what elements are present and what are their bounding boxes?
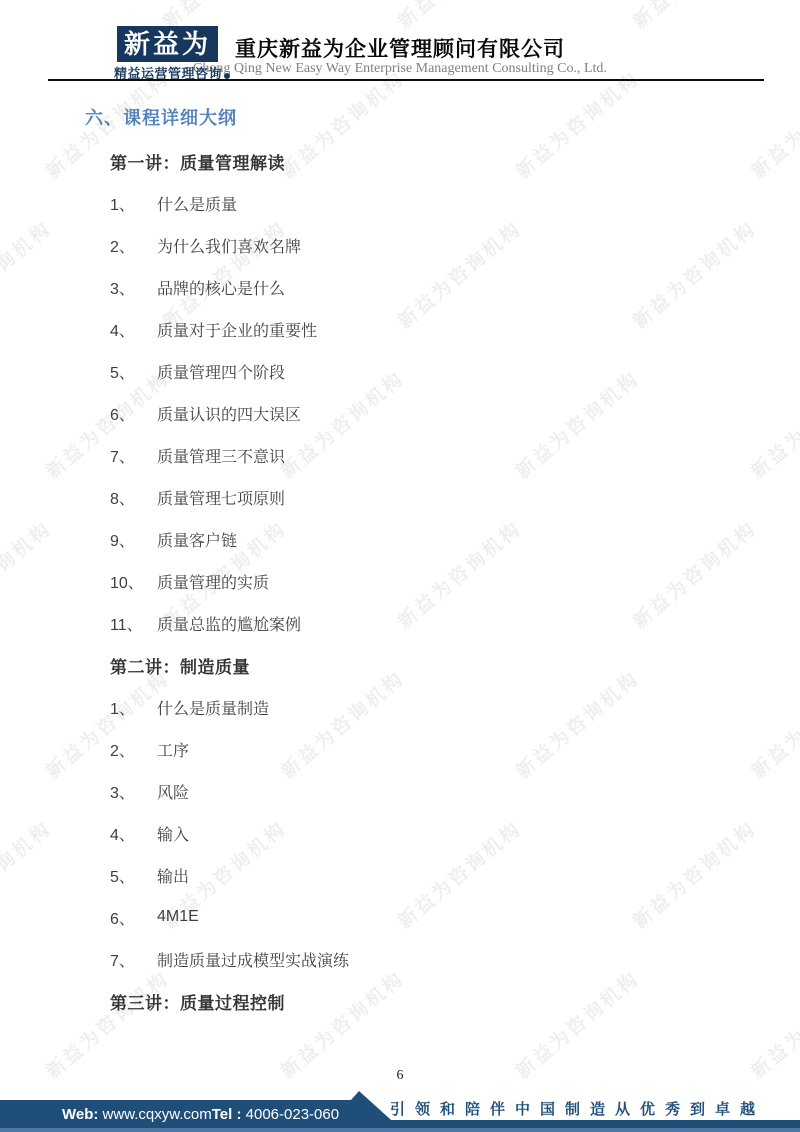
outline-item: 7、质量管理三不意识 xyxy=(110,434,760,476)
outline-item-text: 为什么我们喜欢名牌 xyxy=(157,234,301,257)
outline-item-number: 6、 xyxy=(110,906,157,929)
tel-label: Tel : xyxy=(212,1106,246,1123)
outline-item: 8、质量管理七项原则 xyxy=(110,476,760,518)
outline-item-number: 11、 xyxy=(110,612,157,635)
footer-bottom-strip xyxy=(0,1128,800,1132)
company-logo: 新益为 xyxy=(117,26,218,62)
outline-item-number: 8、 xyxy=(110,486,157,509)
watermark-text: 新益为咨询机构 xyxy=(0,814,57,934)
outline-item-number: 3、 xyxy=(110,276,157,299)
outline-item: 5、输出 xyxy=(110,854,760,896)
outline-item-number: 2、 xyxy=(110,234,157,257)
outline-item-text: 质量客户链 xyxy=(157,528,237,551)
outline-item: 2、工序 xyxy=(110,728,760,770)
outline-item: 1、什么是质量 xyxy=(110,182,760,224)
course-outline: 第一讲：质量管理解读1、什么是质量2、为什么我们喜欢名牌3、品牌的核心是什么4、… xyxy=(110,140,760,1022)
outline-item-text: 质量总监的尴尬案例 xyxy=(157,612,301,635)
outline-item-text: 风险 xyxy=(157,780,189,803)
web-url: www.cqxyw.com xyxy=(98,1106,211,1123)
page-number: 6 xyxy=(0,1068,800,1084)
watermark-text: 新益为咨询机构 xyxy=(0,214,57,334)
footer-slogan: 引领和陪伴中国制造从优秀到卓越 xyxy=(390,1098,765,1119)
logo-text: 新益为 xyxy=(124,29,211,59)
outline-item-text: 输出 xyxy=(157,864,189,887)
outline-item-number: 6、 xyxy=(110,402,157,425)
outline-item: 3、风险 xyxy=(110,770,760,812)
header-divider xyxy=(48,79,764,81)
outline-item: 4、输入 xyxy=(110,812,760,854)
watermark-text: 新益为咨询机构 xyxy=(391,0,526,34)
outline-item-text: 质量管理四个阶段 xyxy=(157,360,285,383)
outline-item-text: 品牌的核心是什么 xyxy=(157,276,285,299)
outline-item-text: 制造质量过成模型实战演练 xyxy=(157,948,349,971)
outline-item-number: 1、 xyxy=(110,192,157,215)
watermark-text: 新益为咨询机构 xyxy=(0,514,57,634)
footer-right-strip xyxy=(390,1120,800,1128)
outline-item-text: 质量认识的四大误区 xyxy=(157,402,301,425)
outline-item: 3、品牌的核心是什么 xyxy=(110,266,760,308)
web-label: Web: xyxy=(62,1106,98,1123)
watermark-text: 新益为咨询机构 xyxy=(626,0,761,34)
outline-item-number: 4、 xyxy=(110,822,157,845)
outline-item-number: 2、 xyxy=(110,738,157,761)
footer-contact-bar: Web: www.cqxyw.comTel : 4006-023-060 xyxy=(0,1091,400,1128)
outline-item-text: 什么是质量 xyxy=(157,192,237,215)
footer-contact-text: Web: www.cqxyw.comTel : 4006-023-060 xyxy=(62,1106,339,1123)
outline-item: 7、制造质量过成模型实战演练 xyxy=(110,938,760,980)
outline-section-heading: 第三讲：质量过程控制 xyxy=(110,980,760,1022)
outline-item-text: 质量管理三不意识 xyxy=(157,444,285,467)
outline-item: 11、质量总监的尴尬案例 xyxy=(110,602,760,644)
outline-item: 6、质量认识的四大误区 xyxy=(110,392,760,434)
watermark-text: 新益为咨询机构 xyxy=(0,0,57,34)
outline-item-number: 5、 xyxy=(110,864,157,887)
outline-item-number: 4、 xyxy=(110,318,157,341)
outline-item: 4、质量对于企业的重要性 xyxy=(110,308,760,350)
outline-item: 6、4M1E xyxy=(110,896,760,938)
outline-item-text: 工序 xyxy=(157,738,189,761)
tel-number: 4006-023-060 xyxy=(246,1106,339,1123)
outline-item-text: 什么是质量制造 xyxy=(157,696,269,719)
outline-item: 9、质量客户链 xyxy=(110,518,760,560)
outline-item-text: 质量管理的实质 xyxy=(157,570,269,593)
outline-section-heading: 第二讲：制造质量 xyxy=(110,644,760,686)
outline-item: 5、质量管理四个阶段 xyxy=(110,350,760,392)
outline-item-text: 输入 xyxy=(157,822,189,845)
outline-item-text: 质量对于企业的重要性 xyxy=(157,318,317,341)
outline-item-number: 3、 xyxy=(110,780,157,803)
outline-item-number: 1、 xyxy=(110,696,157,719)
outline-item-number: 7、 xyxy=(110,444,157,467)
outline-item: 10、质量管理的实质 xyxy=(110,560,760,602)
outline-item-text: 质量管理七项原则 xyxy=(157,486,285,509)
document-page: 新益为咨询机构新益为咨询机构新益为咨询机构新益为咨询机构新益为咨询机构新益为咨询… xyxy=(0,0,800,1132)
page-title: 六、课程详细大纲 xyxy=(85,104,237,130)
outline-section-heading: 第一讲：质量管理解读 xyxy=(110,140,760,182)
outline-item-number: 7、 xyxy=(110,948,157,971)
outline-item-number: 9、 xyxy=(110,528,157,551)
outline-item-text: 4M1E xyxy=(157,908,199,926)
outline-item-number: 10、 xyxy=(110,570,157,593)
outline-item: 2、为什么我们喜欢名牌 xyxy=(110,224,760,266)
outline-item-number: 5、 xyxy=(110,360,157,383)
outline-item: 1、什么是质量制造 xyxy=(110,686,760,728)
